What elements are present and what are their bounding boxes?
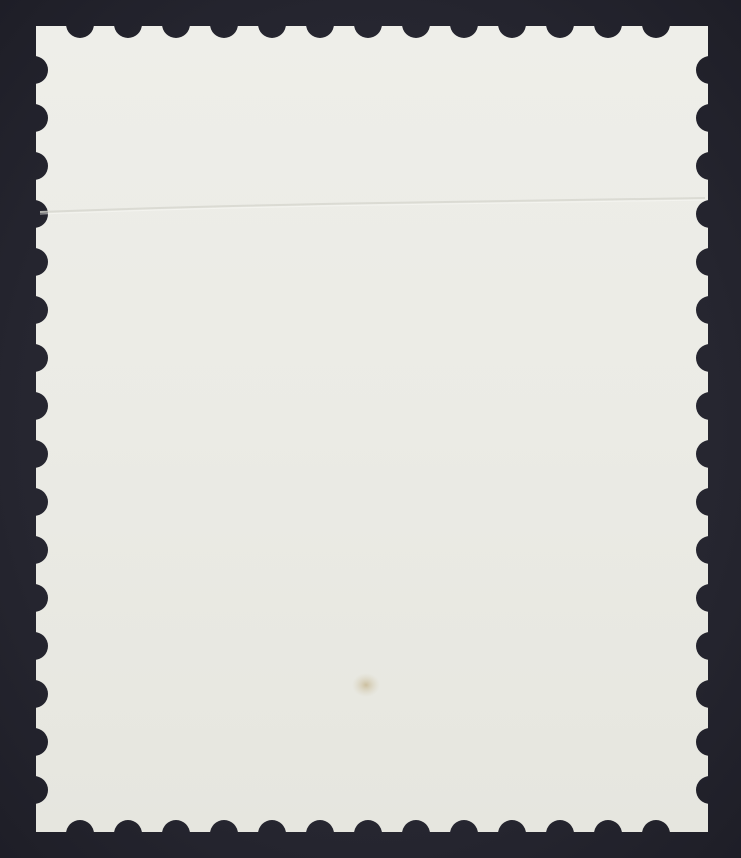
stamp-back [0, 0, 741, 858]
stamp-paper [36, 26, 708, 832]
stain-spot [352, 673, 380, 697]
